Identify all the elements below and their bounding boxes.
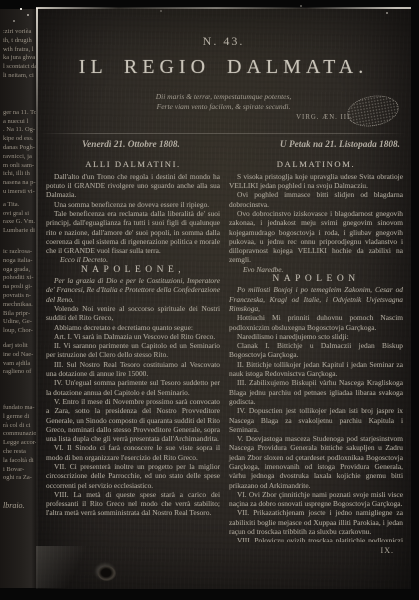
napoleon-titles: Per la grazia di Dio e per le Costituzio…: [46, 276, 220, 304]
fragment-line: oga grada,: [3, 266, 39, 275]
paragraph: Dall'alto d'un Trono che regola i destin…: [46, 172, 220, 200]
fragment-line: a Tita.: [3, 201, 39, 210]
fragment-line: Lumbarie di: [3, 227, 39, 236]
fragment-line: vam ajdila: [3, 360, 39, 369]
paragraph: Abbiamo decretato e decretiamo quanto se…: [46, 323, 220, 332]
fragment-line: nasena na p-: [3, 179, 39, 188]
decree-article: III. Sul Nostro Real Tesoro costituiamo …: [46, 360, 220, 379]
fragment-group: fundato ma-l germe dirà col di cicommuna…: [3, 404, 39, 483]
fragment-line: ovi gral si: [3, 210, 39, 219]
decree-article: IV. Un'egual somma parimente sul Tesoro …: [46, 378, 220, 397]
decree-article: III. Zabilixujemo Biskupii vàrhu Nascega…: [229, 378, 403, 406]
fragment-line: lbraio.: [3, 502, 39, 511]
column-heading: ALLI DALMATINI.: [46, 160, 220, 169]
binding-corner-highlight: [36, 546, 100, 588]
fragment-line: Udine, Ge-: [3, 318, 39, 327]
fragment-line: ic razlrosa-: [3, 248, 39, 257]
fragment-line: na posli gi-: [3, 283, 39, 292]
fragment-line: m onli sam-: [3, 162, 39, 171]
issue-number: N. 43.: [36, 8, 411, 49]
page-left-edge-highlight: [36, 8, 38, 589]
napoleon-heading: NAPOLEON: [229, 275, 403, 284]
fragment-line: ravnicci, ja: [3, 153, 39, 162]
body-columns: ALLI DALMATINI. Dall'alto d'un Trono che…: [46, 158, 403, 542]
fragment-line: pohoditi xi-: [3, 274, 39, 283]
fragment-line: ichi, illi ih: [3, 170, 39, 179]
fragment-line: noga italia-: [3, 257, 39, 266]
fragment-line: la facoltà di: [3, 457, 39, 466]
decree-lead: Ecco il Decreto.: [46, 255, 220, 264]
dateline: Venerdì 21. Ottobre 1808. U Petak na 21.…: [36, 134, 411, 150]
fragment-line: . Na 11. Og-: [3, 126, 39, 135]
decree-article: VIII. Poloviczu ovizih trosckaa platitic…: [229, 536, 403, 541]
decree-article: II. Bittichje tollikojer jedan Kapitul i…: [229, 360, 403, 379]
fragment-line: i Bovar-: [3, 466, 39, 475]
decree-article: VI. Ovi Zbor çinnitichje nami poznati sv…: [229, 490, 403, 509]
fragment-line: darj stolit: [3, 342, 39, 351]
newspaper-scan-photo: :ziri vorièaih, t drugihwih fratra, lka …: [0, 0, 419, 600]
fragment-line: a nuecui l: [3, 118, 39, 127]
decree-article: V. Entro il mese di Novembre prossimo sa…: [46, 397, 220, 443]
fragment-line: kipe od ess.: [3, 135, 39, 144]
decree-article: VII. Ci presenterà inoltre un progetto p…: [46, 462, 220, 490]
fragment-line: oghi ra Za-: [3, 474, 39, 483]
date-italian: Venerdì 21. Ottobre 1808.: [82, 140, 180, 150]
paragraph: S visoka pristoglja koje upravglia udese…: [229, 172, 403, 191]
decree-article: IV. Dopusctien jest tollikojer jedan ist…: [229, 406, 403, 434]
fragment-group: lbraio.: [3, 502, 39, 511]
fragment-line: l scontaict da: [3, 63, 39, 72]
decree-lead: Evo Naredbe.: [229, 265, 403, 274]
column-croatian: DALMATINOM. S visoka pristoglja koje upr…: [229, 158, 403, 542]
fragment-line: rà col di ci: [3, 422, 39, 431]
fragment-line: povratis n-: [3, 292, 39, 301]
signature-mark: IX.: [381, 546, 394, 555]
fragment-line: ger na 11. To-: [3, 109, 39, 118]
fragment-line: danas Pogh-: [3, 144, 39, 153]
decree-article: VII. Prikazatichjenam joscte i jedno nam…: [229, 508, 403, 536]
fragment-group: ic razlrosa-noga italia-oga grada,pohodi…: [3, 248, 39, 336]
fragment-line: loup, Chor-: [3, 327, 39, 336]
fragment-line: wih fratra, l: [3, 46, 39, 55]
paragraph: Tale beneficenza era reclamata dalla lib…: [46, 209, 220, 255]
decree-article: VI. Il Sinodo ci farà conoscere le sue v…: [46, 443, 220, 462]
newspaper-title: IL REGIO DALMATA.: [36, 56, 411, 79]
decree-article: V. Dosvjastoga masceza Studenoga pod sta…: [229, 434, 403, 490]
napoleon-heading: NAPOLEONE,: [46, 266, 220, 275]
fragment-line: ine od Nae-: [3, 351, 39, 360]
fragment-line: :ziri vorièa: [3, 28, 39, 37]
fragment-line: raglieno of: [3, 368, 39, 377]
fragment-line: li neitam, ci: [3, 72, 39, 81]
fragment-line: raxe G. Vm.: [3, 218, 39, 227]
dust-specks: [0, 0, 2, 2]
fragment-group: ger na 11. To-a nuecui l. Na 11. Og-kipe…: [3, 109, 39, 197]
newspaper-page: N. 43. IL REGIO DALMATA. Dii maris & ter…: [36, 8, 411, 589]
fragment-group: a Tita.ovi gral siraxe G. Vm.Lumbarie di: [3, 201, 39, 236]
fragment-line: ka jura ghva: [3, 54, 39, 63]
paragraph: Una somma beneficenza ne doveva essere i…: [46, 200, 220, 209]
fragment-line: Legge accor-: [3, 439, 39, 448]
paragraph: Naredilismo i naredjujemo scto slidji:: [229, 332, 403, 341]
paragraph: Ovo dobrocinstvo iziskovasce i blagodarn…: [229, 209, 403, 265]
paragraph: Ovi poghled immasce bitti slidjen od bla…: [229, 190, 403, 209]
fragment-group: :ziri vorièaih, t drugihwih fratra, lka …: [3, 28, 39, 81]
fragment-line: Bila pripr-: [3, 310, 39, 319]
fragment-line: ih, t drugih: [3, 37, 39, 46]
adjacent-page-fragment: :ziri vorièaih, t drugihwih fratra, lka …: [0, 9, 39, 588]
decree-article: VIII. La metà di queste spese starà a ca…: [46, 490, 220, 518]
fragment-group: darj stolitine od Nae-vam ajdilaraglieno…: [3, 342, 39, 377]
paragraph: Hottiuchi Mi prinniti duhovnu pomoch Nas…: [229, 313, 403, 332]
fragment-line: mechnikaa.: [3, 301, 39, 310]
decree-article: Art. I. Vi sarà in Dalmazia un Vescovo d…: [46, 332, 220, 341]
paper-hole-defect: [98, 566, 116, 581]
epigraph-line: Dii maris & terræ, tempestatumque potent…: [36, 92, 411, 102]
column-italian: ALLI DALMATINI. Dall'alto d'un Trono che…: [46, 158, 220, 542]
decree-article: Clanak I. Bittichje u Dalmaczii jedan Bi…: [229, 341, 403, 360]
napoleon-titles: Po millosti Boxjoj i po temegleim Zakoni…: [229, 285, 403, 313]
column-heading: DALMATINOM.: [229, 160, 403, 169]
fragment-line: che resta: [3, 448, 39, 457]
decree-article: II. Vi saranno parimente un Capitolo ed …: [46, 341, 220, 360]
date-croatian: U Petak na 21. Listopada 1808.: [280, 140, 400, 150]
fragment-line: u imersti vi-: [3, 188, 39, 197]
fragment-line: l germe di: [3, 413, 39, 422]
fragment-line: communazio-: [3, 430, 39, 439]
paragraph: Volendo Noi venire al soccorso spiritual…: [46, 304, 220, 323]
fragment-line: fundato ma-: [3, 404, 39, 413]
